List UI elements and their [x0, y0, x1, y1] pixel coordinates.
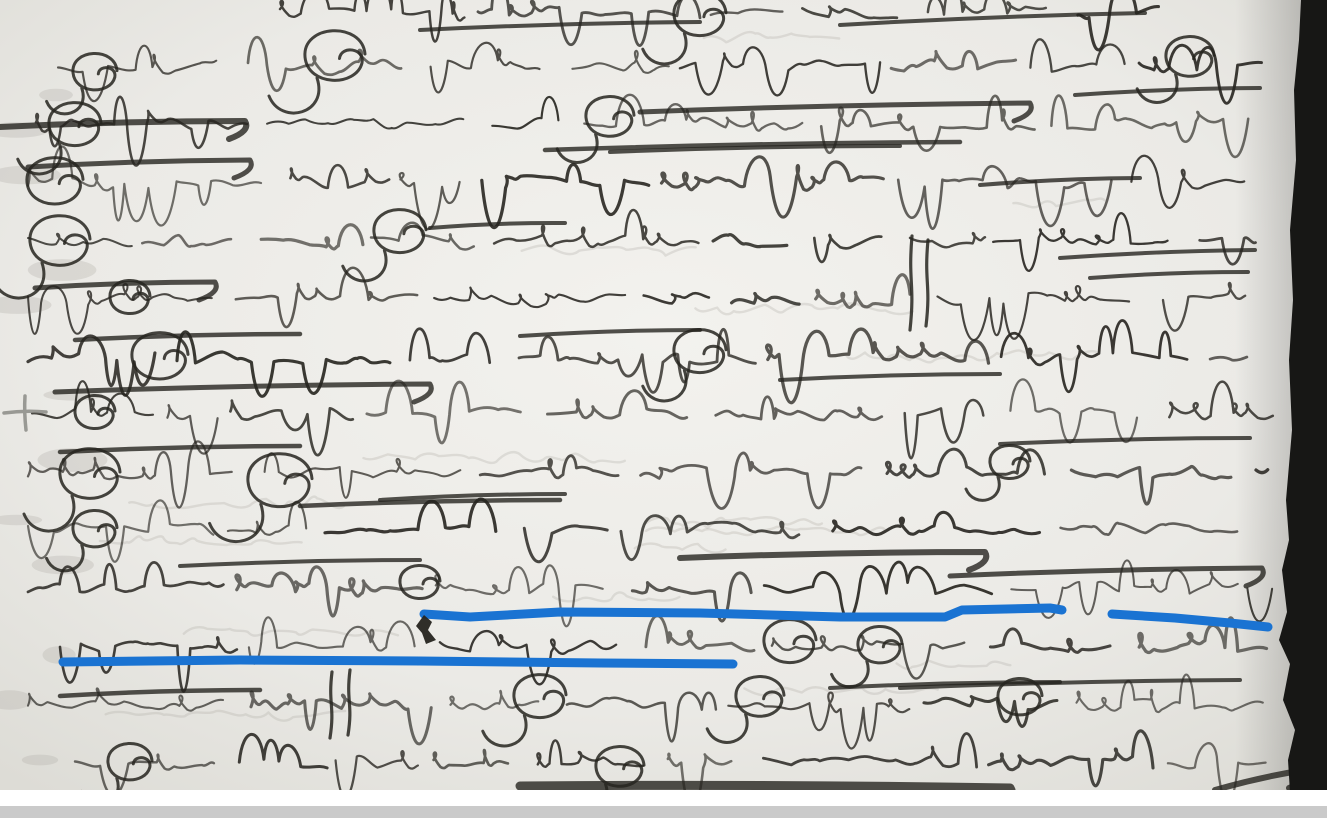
tall-stroke: [910, 236, 912, 330]
blue-underline-annotation: [63, 660, 733, 664]
tall-stroke: [926, 240, 928, 326]
bleedthrough-blob: [28, 259, 97, 281]
manuscript-page-scan: [0, 0, 1327, 818]
bleedthrough-blob: [39, 89, 73, 102]
tall-stroke: [330, 672, 332, 738]
manuscript-scan-viewport: [0, 0, 1327, 818]
bleedthrough-blob: [22, 755, 58, 766]
scan-footer-bar: [0, 806, 1327, 818]
tall-stroke: [348, 670, 350, 735]
scan-footer-gap: [0, 790, 1327, 806]
